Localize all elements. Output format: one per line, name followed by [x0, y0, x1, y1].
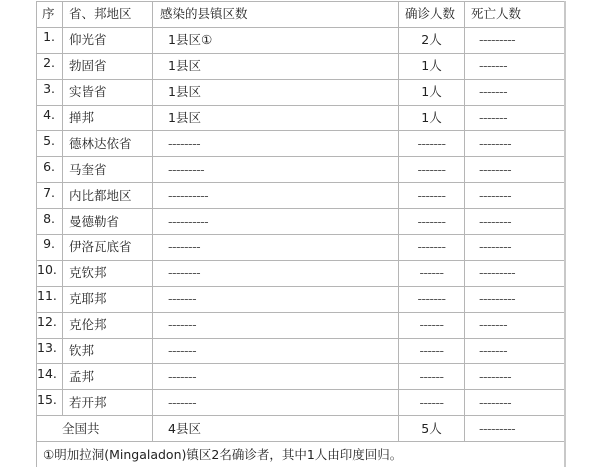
table-row: 7.内比都地区-------------------------	[37, 183, 565, 209]
table-row: 9.伊洛瓦底省-----------------------	[37, 235, 565, 261]
table-row: 3.实皆省1县区1人-------	[37, 79, 565, 105]
header-row: 序 省、邦地区 感染的县镇区数 确诊人数 死亡人数	[37, 2, 565, 28]
total-deaths: ---------	[465, 416, 565, 442]
table-row: 13.钦邦--------------------	[37, 338, 565, 364]
table-row: 15.若开邦---------------------	[37, 390, 565, 416]
table-row: 6.马奎省------------------------	[37, 157, 565, 183]
table-row: 11.克耶邦-----------------------	[37, 286, 565, 312]
header-seq: 序	[37, 2, 63, 28]
header-region: 省、邦地区	[63, 2, 153, 28]
footnote-row: ①明加拉洞(Mingaladon)镇区2名确诊者，其中1人由印度回归。	[37, 442, 565, 467]
total-label: 全国共	[37, 416, 153, 442]
table-row: 8.曼德勒省-------------------------	[37, 209, 565, 235]
table-row: 2.勃固省1县区1人-------	[37, 53, 565, 79]
covid-cases-table: 序 省、邦地区 感染的县镇区数 确诊人数 死亡人数 1.仰光省1县区①2人---…	[36, 1, 566, 467]
table-row: 4.掸邦1县区1人-------	[37, 105, 565, 131]
header-townships: 感染的县镇区数	[153, 2, 399, 28]
total-row: 全国共 4县区 5人 ---------	[37, 416, 565, 442]
table-row: 10.克钦邦-----------------------	[37, 260, 565, 286]
total-townships: 4县区	[153, 416, 399, 442]
table-row: 5.德林达依省-----------------------	[37, 131, 565, 157]
table-row: 1.仰光省1县区①2人---------	[37, 27, 565, 53]
header-confirmed: 确诊人数	[399, 2, 465, 28]
table-row: 14.孟邦---------------------	[37, 364, 565, 390]
table-row: 12.克伦邦--------------------	[37, 312, 565, 338]
footnote: ①明加拉洞(Mingaladon)镇区2名确诊者，其中1人由印度回归。	[37, 442, 565, 467]
header-deaths: 死亡人数	[465, 2, 565, 28]
total-confirmed: 5人	[399, 416, 465, 442]
